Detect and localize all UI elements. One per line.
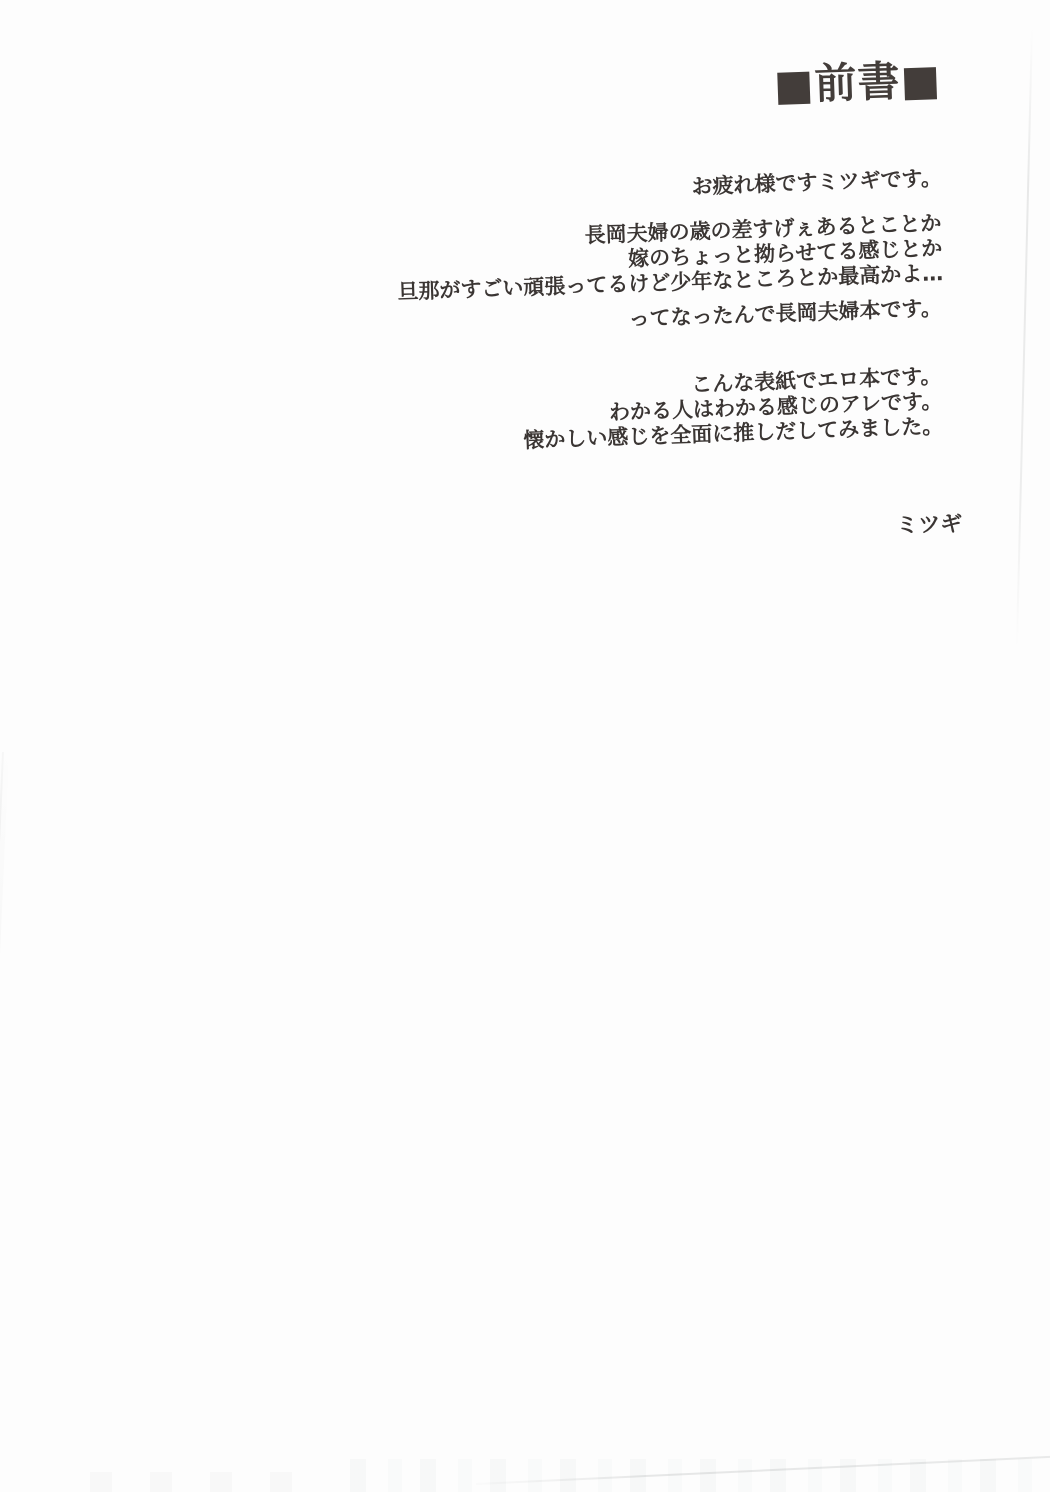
page-title: ■前書■ xyxy=(773,57,942,109)
scan-artifact-right-paper-edge xyxy=(1016,28,1033,648)
greeting-line: お疲れ様ですミツギです。 xyxy=(691,166,942,200)
scan-artifact-left-paper-edge-band xyxy=(0,748,9,1492)
paragraph-notes: こんな表紙でエロ本です。 わかる人はわかる感じのアレです。 懐かしい感じを全面に… xyxy=(521,364,943,454)
scan-artifact-bottom-left-smudge xyxy=(90,1472,330,1492)
scan-artifact-bottom-streaks xyxy=(350,1459,1050,1492)
scanned-preface-page: ■前書■ お疲れ様ですミツギです。 長岡夫婦の歳の差すげぇあるとことか 嫁のちょ… xyxy=(0,0,1050,1492)
paragraph-reason: 長岡夫婦の歳の差すげぇあるとことか 嫁のちょっと拗らせてる感じとか 旦那がすごい… xyxy=(395,211,943,305)
conclusion-line: ってなったんで長岡夫婦本です。 xyxy=(628,296,942,332)
scan-artifact-bottom-paper-edge xyxy=(476,1456,1050,1485)
scan-artifact-left-paper-edge xyxy=(0,752,4,1492)
author-signature: ミツギ xyxy=(896,512,963,540)
